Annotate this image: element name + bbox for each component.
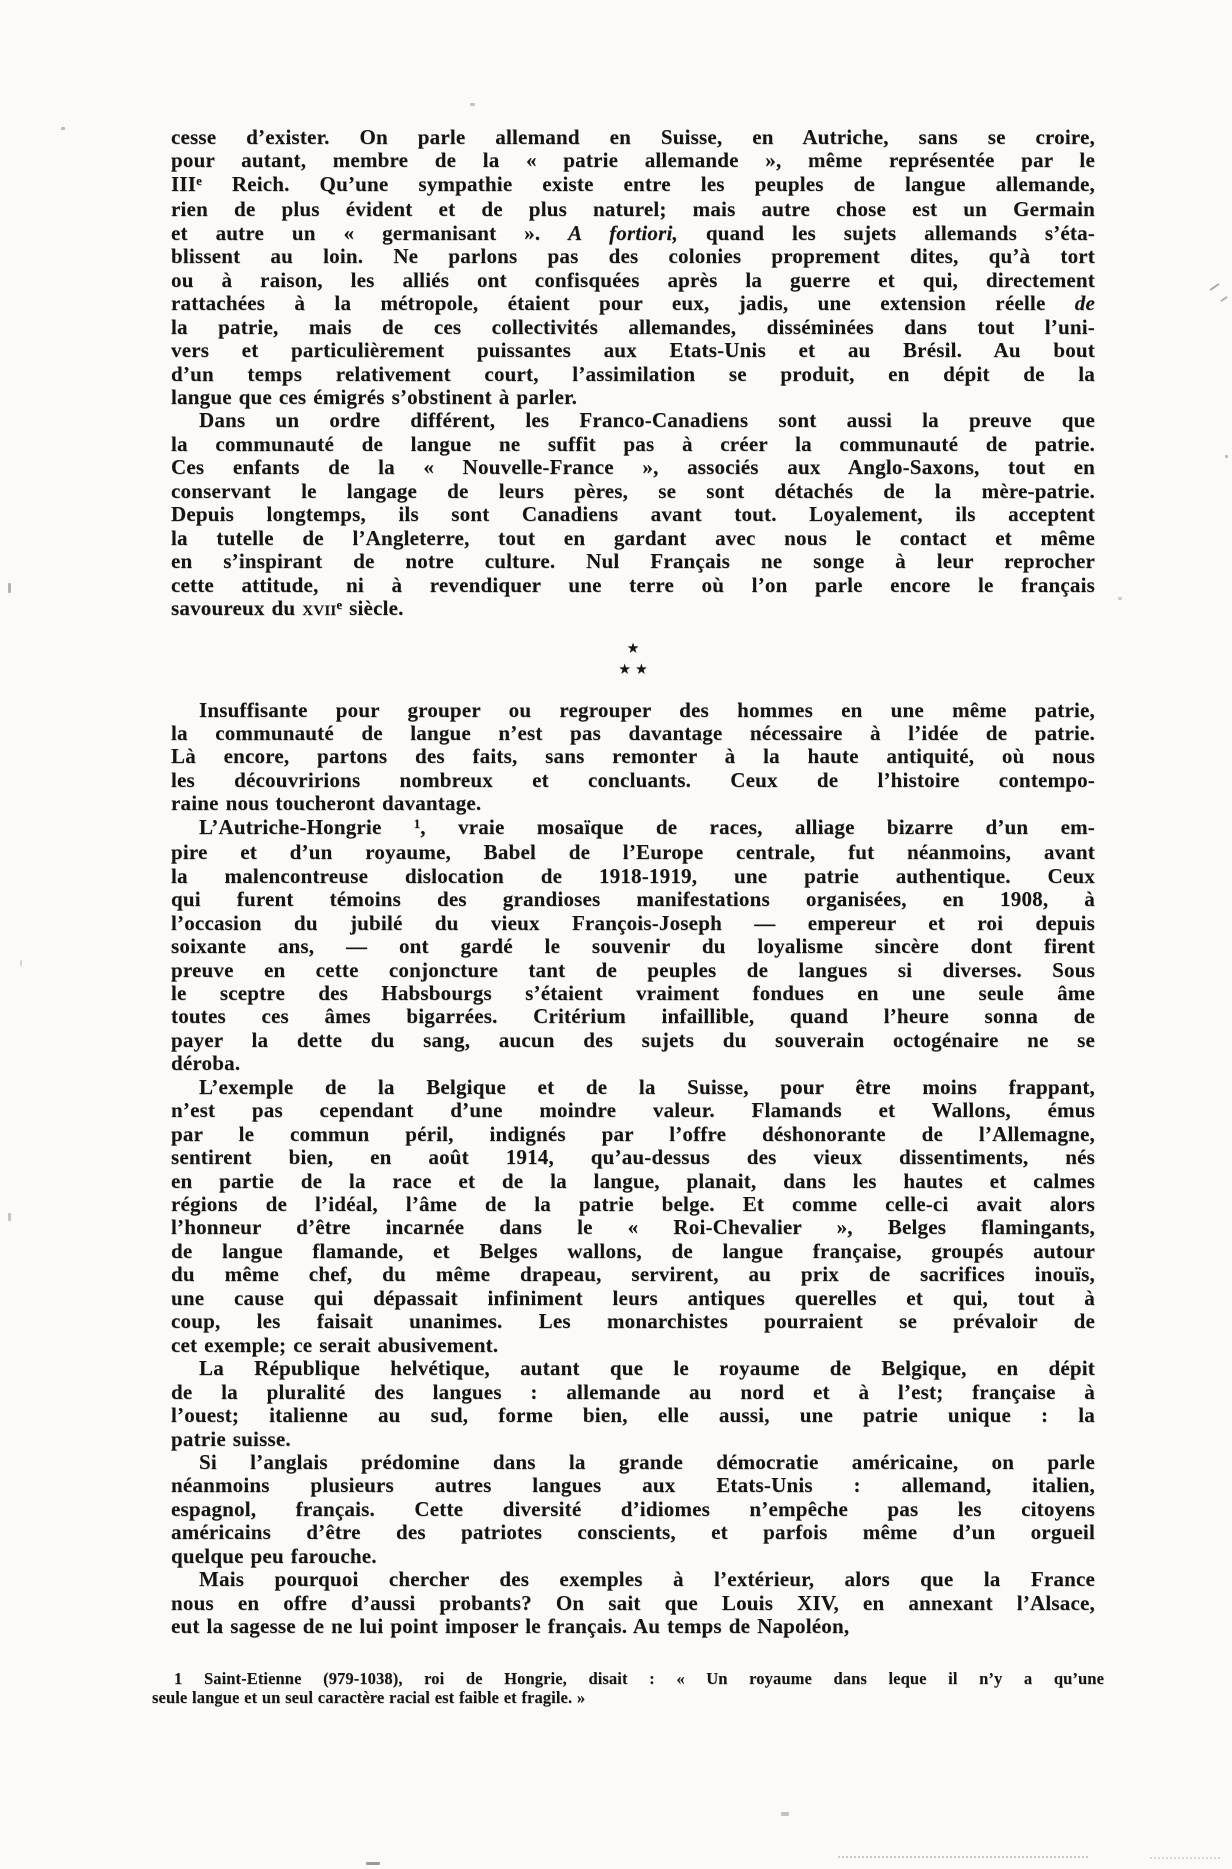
text-line: ou à raison, les alliés ont confisquées … xyxy=(171,269,1095,292)
asterism-divider: ★★ ★ xyxy=(171,638,1095,680)
text-line: seule langue et un seul caractère racial… xyxy=(152,1688,1104,1708)
text-line: nous en offre d’aussi probants? On sait … xyxy=(171,1592,1095,1615)
text-line: l’occasion du jubilé du vieux François-J… xyxy=(171,912,1095,935)
text-line: la malencontreuse dislocation de 1918-19… xyxy=(171,865,1095,888)
text-line: régions de l’idéal, l’âme de la patrie b… xyxy=(171,1193,1095,1216)
text-line: sentirent bien, en août 1914, qu’au-dess… xyxy=(171,1146,1095,1169)
text-line: blissent au loin. Ne parlons pas des col… xyxy=(171,245,1095,268)
text-line: une cause qui dépassait infiniment leurs… xyxy=(171,1287,1095,1310)
asterism-star-row: ★ ★ xyxy=(171,659,1095,680)
text-line: L’exemple de la Belgique et de la Suisse… xyxy=(171,1076,1095,1099)
text-line: en s’inspirant de notre culture. Nul Fra… xyxy=(171,550,1095,573)
text-line: Insuffisante pour grouper ou regrouper d… xyxy=(171,699,1095,722)
text-line: par le commun péril, indignés par l’offr… xyxy=(171,1123,1095,1146)
scan-speck xyxy=(20,960,22,966)
text-line: cette attitude, ni à revendiquer une ter… xyxy=(171,574,1095,597)
text-line: eut la sagesse de ne lui point imposer l… xyxy=(171,1615,1095,1638)
footnote-paragraph: 1 Saint-Etienne (979-1038), roi de Hongr… xyxy=(152,1669,1104,1708)
text-line: déroba. xyxy=(171,1052,1095,1075)
scan-speck xyxy=(1118,597,1122,600)
text-line: langue que ces émigrés s’obstinent à par… xyxy=(171,386,1095,409)
text-line: de langue flamande, et Belges wallons, d… xyxy=(171,1240,1095,1263)
text-line: La République helvétique, autant que le … xyxy=(171,1357,1095,1380)
body-paragraph: Si l’anglais prédomine dans la grande dé… xyxy=(171,1451,1095,1568)
scan-speck xyxy=(781,1812,789,1816)
text-line: néanmoins plusieurs autres langues aux E… xyxy=(171,1474,1095,1497)
text-line: toutes ces âmes bigarrées. Critérium inf… xyxy=(171,1005,1095,1028)
text-line: conservant le langage de leurs pères, se… xyxy=(171,480,1095,503)
text-line: payer la dette du sang, aucun des sujets… xyxy=(171,1029,1095,1052)
text-line: Dans un ordre différent, les Franco-Cana… xyxy=(171,409,1095,432)
text-line: Là encore, partons des faits, sans remon… xyxy=(171,745,1095,768)
scan-dotted-line xyxy=(838,1856,1088,1858)
text-line: pour autant, membre de la « patrie allem… xyxy=(171,149,1095,172)
body-paragraph: La République helvétique, autant que le … xyxy=(171,1357,1095,1451)
text-line: savoureux du xviie siècle. xyxy=(171,597,1095,622)
scan-speck xyxy=(61,127,65,130)
body-paragraph: cesse d’exister. On parle allemand en Su… xyxy=(171,126,1095,409)
text-line: d’un temps relativement court, l’assimil… xyxy=(171,363,1095,386)
text-line: preuve en cette conjoncture tant de peup… xyxy=(171,959,1095,982)
text-line: américains d’être des patriotes conscien… xyxy=(171,1521,1095,1544)
text-line: qui furent témoins des grandioses manife… xyxy=(171,888,1095,911)
body-paragraph: L’exemple de la Belgique et de la Suisse… xyxy=(171,1076,1095,1357)
page-text: cesse d’exister. On parle allemand en Su… xyxy=(171,126,1095,1708)
text-line: pire et d’un royaume, Babel de l’Europe … xyxy=(171,841,1095,864)
text-line: IIIe Reich. Qu’une sympathie existe entr… xyxy=(171,173,1095,198)
scan-speck xyxy=(1220,296,1228,302)
text-line: quelque peu farouche. xyxy=(171,1545,1095,1568)
text-line: n’est pas cependant d’une moindre valeur… xyxy=(171,1099,1095,1122)
text-line: Depuis longtemps, ils sont Canadiens ava… xyxy=(171,503,1095,526)
body-paragraph: Dans un ordre différent, les Franco-Cana… xyxy=(171,409,1095,622)
asterism-star-row: ★ xyxy=(171,638,1095,659)
text-line: et autre un « germanisant ». A fortiori,… xyxy=(171,222,1095,245)
text-line: l’ouest; italienne au sud, forme bien, e… xyxy=(171,1404,1095,1427)
body-paragraph: Mais pourquoi chercher des exemples à l’… xyxy=(171,1568,1095,1638)
text-line: la communauté de langue n’est pas davant… xyxy=(171,722,1095,745)
text-line: 1 Saint-Etienne (979-1038), roi de Hongr… xyxy=(152,1669,1104,1689)
scan-speck xyxy=(470,103,475,106)
text-line: la patrie, mais de ces collectivités all… xyxy=(171,316,1095,339)
text-line: du même chef, du même drapeau, servirent… xyxy=(171,1263,1095,1286)
text-line: patrie suisse. xyxy=(171,1428,1095,1451)
text-line: en partie de la race et de la langue, pl… xyxy=(171,1170,1095,1193)
body-paragraph: Insuffisante pour grouper ou regrouper d… xyxy=(171,699,1095,816)
scan-speck xyxy=(1225,455,1228,458)
text-line: soixante ans, — ont gardé le souvenir du… xyxy=(171,935,1095,958)
text-line: L’Autriche-Hongrie 1, vraie mosaïque de … xyxy=(171,816,1095,841)
text-line: vers et particulièrement puissantes aux … xyxy=(171,339,1095,362)
text-line: de la pluralité des langues : allemande … xyxy=(171,1381,1095,1404)
text-line: raine nous toucheront davantage. xyxy=(171,792,1095,815)
document-page: { "page": { "paper_color": "#fbfaf7", "i… xyxy=(0,0,1232,1869)
text-line: rattachées à la métropole, étaient pour … xyxy=(171,292,1095,315)
text-line: espagnol, français. Cette diversité d’id… xyxy=(171,1498,1095,1521)
text-line: Ces enfants de la « Nouvelle-France », a… xyxy=(171,456,1095,479)
scan-speck xyxy=(366,1862,380,1865)
scan-speck xyxy=(1209,283,1219,291)
text-line: les découvririons nombreux et concluants… xyxy=(171,769,1095,792)
text-line: cet exemple; ce serait abusivement. xyxy=(171,1334,1095,1357)
text-line: le sceptre des Habsbourgs s’étaient vrai… xyxy=(171,982,1095,1005)
scan-dotted-line xyxy=(1150,1857,1220,1859)
text-line: coup, les faisait unanimes. Les monarchi… xyxy=(171,1310,1095,1333)
text-line: cesse d’exister. On parle allemand en Su… xyxy=(171,126,1095,149)
text-line: l’honneur d’être incarnée dans le « Roi-… xyxy=(171,1216,1095,1239)
text-line: rien de plus évident et de plus naturel;… xyxy=(171,198,1095,221)
text-line: la tutelle de l’Angleterre, tout en gard… xyxy=(171,527,1095,550)
text-line: Si l’anglais prédomine dans la grande dé… xyxy=(171,1451,1095,1474)
body-paragraph: L’Autriche-Hongrie 1, vraie mosaïque de … xyxy=(171,816,1095,1076)
text-line: Mais pourquoi chercher des exemples à l’… xyxy=(171,1568,1095,1591)
scan-speck xyxy=(8,583,11,593)
scan-speck xyxy=(8,1213,11,1221)
text-line: la communauté de langue ne suffit pas à … xyxy=(171,433,1095,456)
